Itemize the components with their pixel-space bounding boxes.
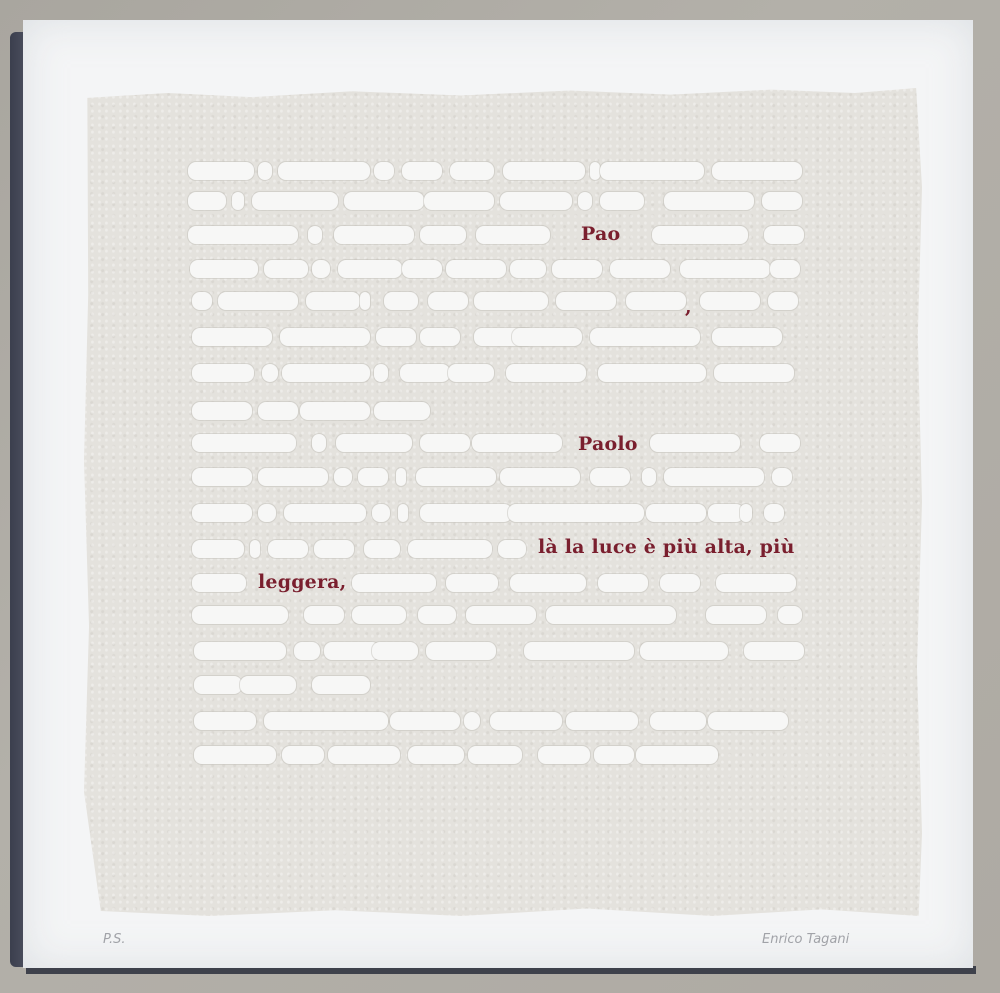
erased-block	[700, 292, 760, 310]
erased-block	[508, 504, 644, 522]
erased-block	[680, 260, 770, 278]
erased-block	[232, 192, 244, 210]
erased-block	[760, 434, 800, 452]
erased-block	[524, 642, 634, 660]
erased-block	[258, 402, 298, 420]
erased-block	[468, 746, 522, 764]
erased-block	[402, 260, 442, 278]
erased-block	[264, 712, 388, 730]
erased-block	[642, 468, 656, 486]
erased-block	[594, 746, 634, 764]
erased-block	[546, 606, 676, 624]
erased-block	[312, 676, 370, 694]
erased-block	[396, 468, 406, 486]
erased-block	[376, 328, 416, 346]
word-pao: Pao	[581, 225, 620, 244]
word-paolo: Paolo	[578, 435, 638, 454]
erased-block	[506, 364, 586, 382]
erased-block	[770, 260, 800, 278]
erased-block	[510, 574, 586, 592]
erased-block	[640, 642, 728, 660]
erased-block	[578, 192, 592, 210]
erased-block	[192, 402, 252, 420]
erased-block	[312, 260, 330, 278]
erased-block	[664, 468, 764, 486]
erased-block	[338, 260, 402, 278]
phrase-light: là la luce è più alta, più	[538, 538, 795, 557]
erased-block	[304, 606, 344, 624]
erased-block	[764, 504, 784, 522]
erased-block	[762, 192, 802, 210]
erased-block	[590, 328, 700, 346]
erased-block	[598, 364, 706, 382]
erased-block	[446, 260, 506, 278]
erased-block	[282, 746, 324, 764]
erased-block	[714, 364, 794, 382]
erased-block	[510, 260, 546, 278]
erased-block	[490, 712, 562, 730]
erased-block	[278, 162, 370, 180]
erased-block	[708, 712, 788, 730]
erased-block	[420, 504, 512, 522]
erased-block	[258, 162, 272, 180]
erased-block	[192, 504, 252, 522]
erased-block	[610, 260, 670, 278]
erased-block	[402, 162, 442, 180]
erased-block	[706, 606, 766, 624]
erased-block	[192, 468, 252, 486]
erased-block	[314, 540, 354, 558]
erased-block	[538, 746, 590, 764]
erased-block	[374, 402, 430, 420]
erased-block	[194, 642, 286, 660]
erased-block	[474, 292, 548, 310]
erased-block	[300, 402, 370, 420]
erased-block	[308, 226, 322, 244]
erased-block	[352, 574, 436, 592]
erased-block	[192, 434, 296, 452]
word-leggera: leggera,	[258, 573, 347, 592]
erased-block	[650, 434, 740, 452]
erased-block	[328, 746, 400, 764]
erased-block	[708, 504, 744, 522]
erased-block	[252, 192, 338, 210]
erased-block	[192, 606, 288, 624]
erased-block	[498, 540, 526, 558]
erased-block	[464, 712, 480, 730]
erased-block	[664, 192, 754, 210]
erased-block	[652, 226, 748, 244]
erased-block	[258, 504, 276, 522]
erased-block	[476, 226, 550, 244]
erased-block	[372, 642, 418, 660]
erased-block	[712, 162, 802, 180]
erased-block	[590, 162, 600, 180]
erased-block	[294, 642, 320, 660]
erased-block	[426, 642, 496, 660]
erased-block	[352, 606, 406, 624]
erased-block	[408, 540, 492, 558]
erased-block	[384, 292, 418, 310]
erased-block	[312, 434, 326, 452]
erased-block	[420, 328, 460, 346]
erased-block	[334, 468, 352, 486]
erased-block	[194, 746, 276, 764]
erased-block	[446, 574, 498, 592]
erased-block	[420, 226, 466, 244]
erased-block	[194, 676, 242, 694]
erased-block	[374, 162, 394, 180]
erased-block	[358, 468, 388, 486]
erased-block	[188, 192, 226, 210]
erased-block	[650, 712, 706, 730]
erased-block	[636, 746, 718, 764]
erased-block	[400, 364, 450, 382]
erased-block	[218, 292, 298, 310]
erased-block	[398, 504, 408, 522]
erased-block	[428, 292, 468, 310]
erased-block	[466, 606, 536, 624]
erased-block	[448, 364, 494, 382]
erased-block	[334, 226, 414, 244]
erased-block	[646, 504, 706, 522]
erased-block	[282, 364, 370, 382]
erased-block	[740, 504, 752, 522]
erased-block	[416, 468, 496, 486]
erased-block	[284, 504, 366, 522]
erased-block	[188, 162, 254, 180]
erased-block	[764, 226, 804, 244]
erased-block	[420, 434, 470, 452]
erased-block	[262, 364, 278, 382]
erased-block	[716, 574, 796, 592]
erased-block	[268, 540, 308, 558]
erased-block	[450, 162, 494, 180]
erased-block	[768, 292, 798, 310]
erased-block	[306, 292, 360, 310]
erased-block	[264, 260, 308, 278]
erased-block	[280, 328, 370, 346]
erased-block	[600, 192, 644, 210]
erased-block	[336, 434, 412, 452]
erased-block	[590, 468, 630, 486]
erased-block	[372, 504, 390, 522]
erased-block	[192, 540, 244, 558]
erased-block	[188, 226, 298, 244]
erased-block	[418, 606, 456, 624]
word-comma: ,	[685, 298, 692, 317]
erased-block	[626, 292, 686, 310]
erased-block	[772, 468, 792, 486]
erased-block	[472, 434, 562, 452]
erased-block	[390, 712, 460, 730]
erased-block	[424, 192, 494, 210]
erased-block	[360, 292, 370, 310]
erased-block	[364, 540, 400, 558]
erased-block	[566, 712, 638, 730]
erased-block	[192, 364, 254, 382]
erased-block	[194, 712, 256, 730]
erased-block	[598, 574, 648, 592]
erased-block	[258, 468, 328, 486]
erased-block	[512, 328, 582, 346]
erased-block	[744, 642, 804, 660]
handmade-paper	[84, 88, 922, 916]
erased-block	[190, 260, 258, 278]
erased-block	[374, 364, 388, 382]
artist-signature: Enrico Tagani	[762, 932, 849, 947]
erased-block	[712, 328, 782, 346]
erased-block	[556, 292, 616, 310]
erased-block	[344, 192, 424, 210]
erased-block	[778, 606, 802, 624]
erased-block	[500, 468, 580, 486]
erased-block	[660, 574, 700, 592]
erased-block	[250, 540, 260, 558]
erased-block	[500, 192, 572, 210]
edition-mark: P.S.	[103, 932, 126, 947]
erased-block	[192, 574, 246, 592]
erased-block	[408, 746, 464, 764]
erased-block	[192, 292, 212, 310]
erased-block	[192, 328, 272, 346]
erased-block	[240, 676, 296, 694]
erased-block	[600, 162, 704, 180]
erased-block	[503, 162, 585, 180]
erased-block	[552, 260, 602, 278]
